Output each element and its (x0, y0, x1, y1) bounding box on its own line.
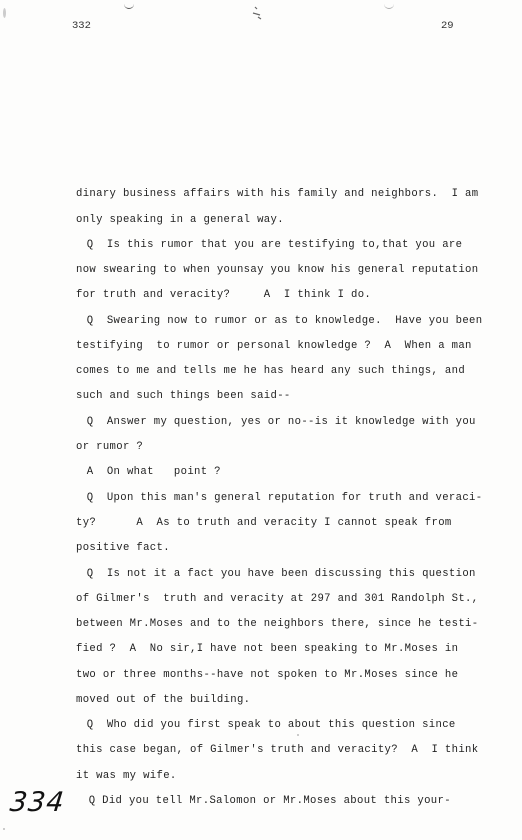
text-line: only speaking in a general way. (76, 214, 284, 226)
text-line: moved out of the building. (76, 694, 250, 706)
scan-artifact (3, 828, 5, 830)
page-number-right: 29 (441, 20, 454, 32)
staple-mark-icon (250, 5, 264, 21)
punch-hole-mark (124, 2, 134, 9)
text-line: Q Who did you first speak to about this … (80, 719, 456, 731)
text-line: Q Upon this man's general reputation for… (80, 492, 482, 504)
text-line: such and such things been said-- (76, 390, 291, 402)
text-line: or rumor ? (76, 441, 143, 453)
text-line: between Mr.Moses and to the neighbors th… (76, 618, 478, 630)
text-line: dinary business affairs with his family … (76, 188, 478, 200)
text-line: two or three months--have not spoken to … (76, 669, 458, 681)
text-line: A On what point ? (80, 466, 221, 478)
text-line: of Gilmer's truth and veracity at 297 an… (76, 593, 478, 605)
text-line: testifying to rumor or personal knowledg… (76, 340, 472, 352)
text-line: fied ? A No sir,I have not been speaking… (76, 643, 458, 655)
page-number-left: 332 (72, 20, 91, 32)
punch-hole-mark (384, 2, 394, 9)
text-line: ty? A As to truth and veracity I cannot … (76, 517, 452, 529)
text-line: Q Is this rumor that you are testifying … (80, 239, 462, 251)
text-line: Q Did you tell Mr.Salomon or Mr.Moses ab… (82, 795, 451, 807)
scan-artifact (297, 734, 299, 736)
text-line: Q Is not it a fact you have been discuss… (80, 568, 476, 580)
text-line: now swearing to when younsay you know hi… (76, 264, 478, 276)
handwritten-page-number: 334 (8, 787, 66, 818)
text-line: for truth and veracity? A I think I do. (76, 289, 371, 301)
text-line: comes to me and tells me he has heard an… (76, 365, 465, 377)
text-line: Q Answer my question, yes or no--is it k… (80, 416, 476, 428)
text-line: positive fact. (76, 542, 170, 554)
scan-artifact (3, 8, 6, 18)
text-line: it was my wife. (76, 770, 177, 782)
text-line: Q Swearing now to rumor or as to knowled… (80, 315, 482, 327)
document-page: 332 29 dinary business affairs with his … (0, 0, 522, 840)
text-line: this case began, of Gilmer's truth and v… (76, 744, 478, 756)
